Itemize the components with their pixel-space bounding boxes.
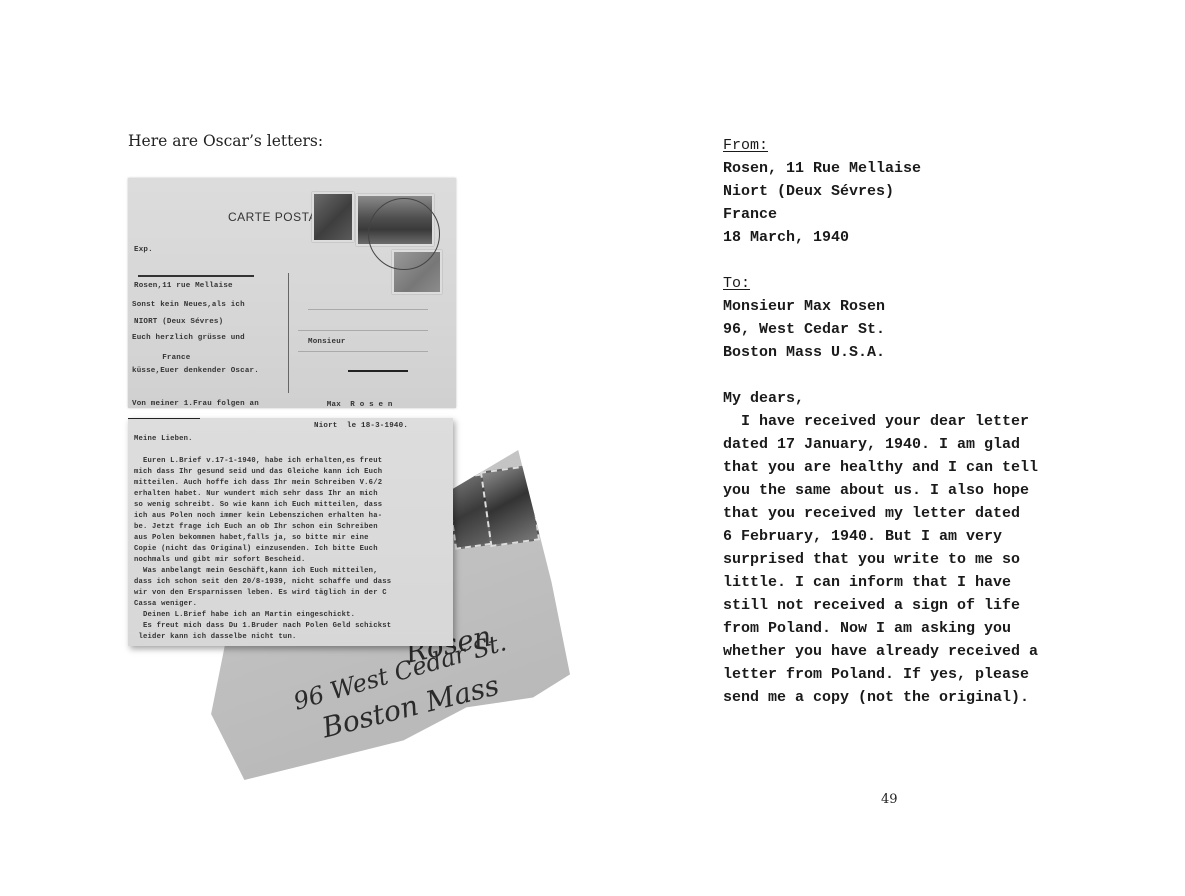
- postmark-icon: [368, 198, 440, 270]
- typed-line: Copie (nicht das Original) einzusenden. …: [134, 544, 391, 555]
- postcard-message: Sonst kein Neues,als ich Euch herzlich g…: [132, 278, 259, 408]
- body-line: 6 February, 1940. But I am very: [723, 525, 1038, 548]
- typed-line: [134, 445, 391, 456]
- typed-line: Was anbelangt mein Geschäft,kann ich Euc…: [134, 566, 391, 577]
- from-line: Rosen, 11 Rue Mellaise: [723, 157, 1038, 180]
- letter-body: Meine Lieben. Euren L.Brief v.17-1-1940,…: [134, 434, 391, 643]
- address-line: Max R o s e n: [308, 395, 421, 408]
- message-line: Von meiner 1.Frau folgen an: [132, 399, 259, 408]
- stamp-icon: [312, 192, 354, 242]
- typed-letter-photo: Niort le 18-3-1940. Meine Lieben. Euren …: [128, 418, 453, 646]
- divider: [138, 275, 254, 277]
- typed-line: Euren L.Brief v.17-1-1940, habe ich erha…: [134, 456, 391, 467]
- postcard-photo: CARTE POSTA Exp. Rosen,11 rue Mellaise N…: [128, 178, 456, 408]
- body-line: letter from Poland. If yes, please: [723, 663, 1038, 686]
- typed-line: nochmals und gibt mir sofort Bescheid.: [134, 555, 391, 566]
- typed-line: mitteilen. Auch hoffe ich dass Ihr mein …: [134, 478, 391, 489]
- body-line: you the same about us. I also hope: [723, 479, 1038, 502]
- body-line: whether you have already received a: [723, 640, 1038, 663]
- typed-line: be. Jetzt frage ich Euch an ob Ihr schon…: [134, 522, 391, 533]
- typed-line: mich dass Ihr gesund seid und das Gleich…: [134, 467, 391, 478]
- message-line: Euch herzlich grüsse und: [132, 333, 259, 344]
- divider: [348, 370, 408, 372]
- message-line: Sonst kein Neues,als ich: [132, 300, 259, 311]
- stamp-icon: [480, 465, 540, 547]
- letter-transcription: From: Rosen, 11 Rue Mellaise Niort (Deux…: [723, 134, 1038, 709]
- message-line: küsse,Euer denkender Oscar.: [132, 366, 259, 377]
- from-date: 18 March, 1940: [723, 226, 1038, 249]
- to-line: Boston Mass U.S.A.: [723, 341, 1038, 364]
- typed-line: erhalten habet. Nur wundert mich sehr da…: [134, 489, 391, 500]
- typed-line: Deinen L.Brief habe ich an Martin einges…: [134, 610, 391, 621]
- to-label: To:: [723, 272, 1038, 295]
- postcard-title: CARTE POSTA: [228, 210, 317, 224]
- typed-line: Es freut mich dass Du 1.Bruder nach Pole…: [134, 621, 391, 632]
- body-line: I have received your dear letter: [723, 410, 1038, 433]
- address-line: Monsieur: [308, 332, 421, 353]
- to-line: 96, West Cedar St.: [723, 318, 1038, 341]
- body-line: send me a copy (not the original).: [723, 686, 1038, 709]
- intro-caption: Here are Oscar’s letters:: [128, 132, 323, 150]
- postcard-address: Monsieur Max R o s e n 96,West Cedar St.…: [308, 290, 421, 408]
- salutation: My dears,: [723, 387, 1038, 410]
- typed-line: Cassa weniger.: [134, 599, 391, 610]
- letter-body-text: I have received your dear letterdated 17…: [723, 410, 1038, 709]
- from-label: From:: [723, 134, 1038, 157]
- typed-line: wir von den Ersparnissen leben. Es wird …: [134, 588, 391, 599]
- body-line: dated 17 January, 1940. I am glad: [723, 433, 1038, 456]
- typed-line: aus Polen bekommen habet,falls ja, so bi…: [134, 533, 391, 544]
- typed-line: ich aus Polen noch immer kein Lebenszich…: [134, 511, 391, 522]
- typed-line: Meine Lieben.: [134, 434, 391, 445]
- body-line: that you are healthy and I can tell: [723, 456, 1038, 479]
- typed-line: dass ich schon seit den 20/8-1939, nicht…: [134, 577, 391, 588]
- body-line: little. I can inform that I have: [723, 571, 1038, 594]
- divider: [128, 418, 200, 419]
- typed-line: so wenig schreibt. So wie kann ich Euch …: [134, 500, 391, 511]
- body-line: that you received my letter dated: [723, 502, 1038, 525]
- from-line: Niort (Deux Sévres): [723, 180, 1038, 203]
- page-number: 49: [881, 792, 898, 807]
- from-line: France: [723, 203, 1038, 226]
- sender-line: Exp.: [134, 244, 233, 256]
- body-line: still not received a sign of life: [723, 594, 1038, 617]
- postcard-divider: [288, 273, 289, 393]
- letter-place-date: Niort le 18-3-1940.: [314, 422, 408, 430]
- body-line: from Poland. Now I am asking you: [723, 617, 1038, 640]
- body-line: surprised that you write to me so: [723, 548, 1038, 571]
- to-line: Monsieur Max Rosen: [723, 295, 1038, 318]
- typed-line: leider kann ich dasselbe nicht tun.: [134, 632, 391, 643]
